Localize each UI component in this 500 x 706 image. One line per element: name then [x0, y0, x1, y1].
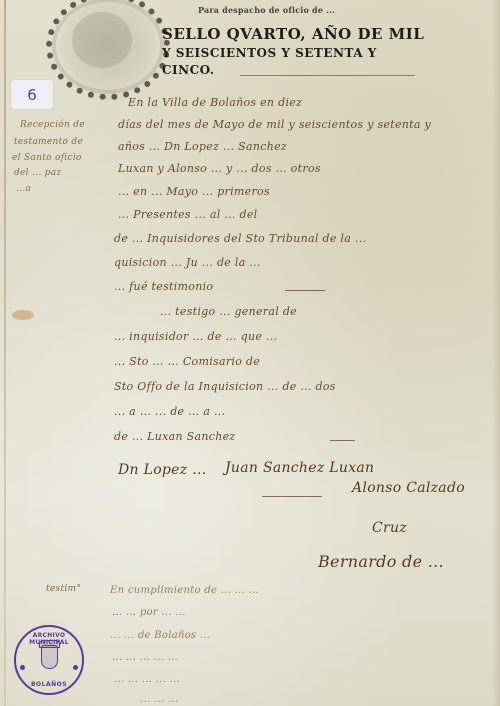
stamp-bottom-text: BOLAÑOS — [16, 681, 82, 688]
body-line: días del mes de Mayo de mil y seisciento… — [118, 118, 431, 131]
body-line: En la Villa de Bolaños en diez — [128, 96, 302, 109]
body-line: de ... Inquisidores del Sto Tribunal de … — [114, 232, 366, 245]
header-line-1: SELLO QVARTO, AÑO DE MIL — [162, 25, 424, 43]
body-line: ... a ... ... de ... a ... — [114, 405, 225, 418]
body-line: Sto Offo de la Inquisicion ... de ... do… — [114, 380, 336, 393]
signature: Juan Sanchez Luxan — [225, 460, 374, 476]
signature: Cruz — [372, 520, 407, 536]
page-edge-left — [4, 0, 6, 706]
header-small-print: Para despacho de oficio de ... — [198, 5, 335, 15]
header-rule — [240, 75, 415, 76]
stamp-dot-icon — [73, 665, 78, 670]
page-edge-right — [492, 0, 500, 706]
margin-note-line: del ... paz — [14, 168, 61, 178]
body-line: ... testigo ... general de — [160, 305, 297, 318]
line-flourish — [330, 440, 355, 441]
lower-text-line: ... ... ... ... ... — [114, 674, 180, 685]
coat-of-arms-icon — [41, 645, 58, 669]
lower-text-line: ... ... ... ... ... — [112, 652, 178, 663]
manuscript-page: Para despacho de oficio de ... SELLO QVA… — [0, 0, 500, 706]
margin-note-line: Recepción de — [20, 120, 85, 130]
paper-stain — [12, 310, 34, 320]
margin-note-lower: testim° — [46, 584, 81, 594]
header-line-2: Y SEISCIENTOS Y SETENTA Y — [162, 46, 377, 60]
stamp-dot-icon — [20, 665, 25, 670]
body-line: ... Sto ... ... Comisario de — [114, 355, 260, 368]
lower-text-line: ... ... ... — [140, 694, 178, 705]
archive-stamp: ARCHIVO MUNICIPAL BOLAÑOS — [14, 625, 84, 695]
body-line: ... fué testimonio — [114, 280, 213, 293]
header-line-3: CINCO. — [162, 63, 215, 77]
body-line: ... inquisidor ... de ... que ... — [114, 330, 277, 343]
line-flourish — [285, 290, 325, 291]
lower-text-line: En cumplimiento de ... ... ... — [110, 585, 259, 596]
seal-center — [72, 12, 132, 68]
margin-note-line: el Santo oficio — [12, 153, 82, 163]
folio-label: 6 — [11, 80, 53, 109]
body-line: Luxan y Alonso ... y ... dos ... otros — [118, 162, 321, 175]
signature-flourish — [262, 496, 322, 497]
body-line: ... en ... Mayo ... primeros — [118, 185, 270, 198]
margin-note-line: ...a — [16, 184, 31, 194]
body-line: de ... Luxan Sanchez — [114, 430, 236, 443]
body-line: quisicion ... Ju ... de la ... — [114, 256, 261, 269]
signature: Alonso Calzado — [352, 480, 465, 496]
signature: Bernardo de ... — [318, 552, 444, 571]
lower-text-line: ... ... por ... ... — [112, 607, 186, 618]
body-line: ... Presentes ... al ... del — [118, 208, 257, 221]
signature: Dn Lopez ... — [118, 462, 206, 478]
margin-note-line: testamento de — [14, 137, 83, 147]
body-line: años ... Dn Lopez ... Sanchez — [118, 140, 287, 153]
lower-text-line: ... ... de Bolaños ... — [110, 630, 210, 641]
royal-seal-icon — [46, 0, 170, 100]
